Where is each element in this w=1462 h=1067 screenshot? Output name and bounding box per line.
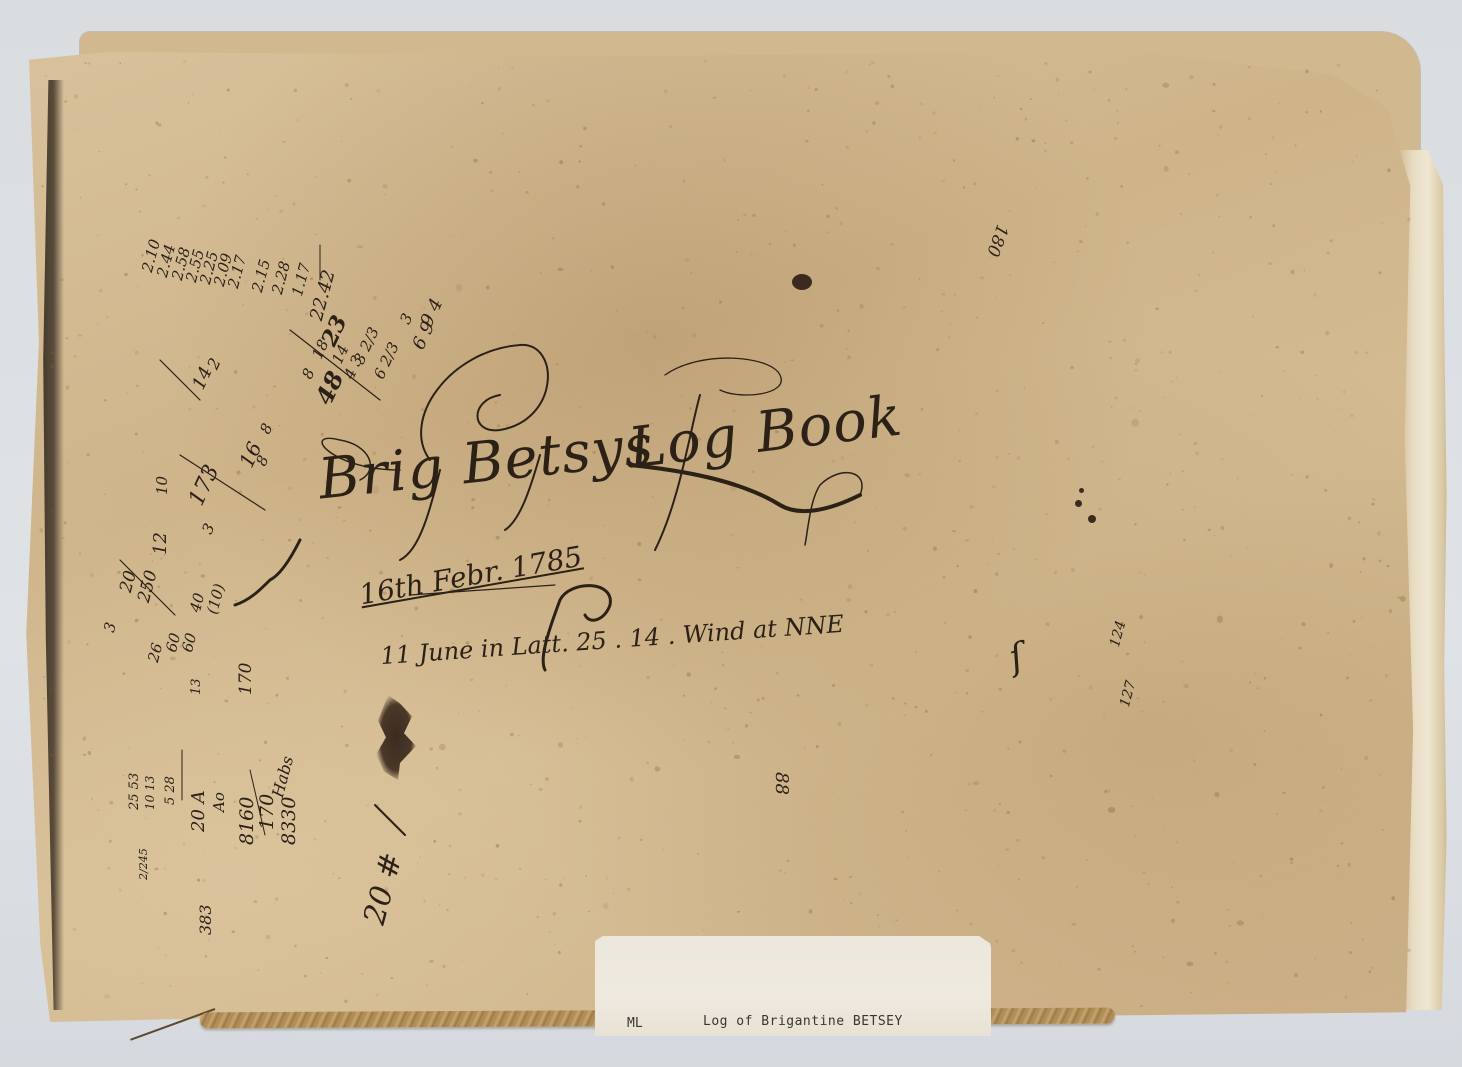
catalog-label: ML Log of Brigantine BETSEY bbox=[595, 936, 991, 1036]
margin-number: 170 bbox=[258, 794, 277, 830]
ink-dot bbox=[1088, 515, 1096, 523]
margin-number: 13 bbox=[190, 678, 203, 695]
margin-number: 170 bbox=[238, 663, 255, 695]
label-title: Log of Brigantine BETSEY bbox=[703, 1014, 903, 1029]
margin-number: 8330 bbox=[280, 797, 299, 845]
margin-number: 8160 bbox=[238, 797, 257, 845]
ink-dot bbox=[792, 274, 812, 290]
scan-stage: Brig Betsys Log Book 16th Febr. 1785 11 … bbox=[0, 0, 1462, 1067]
margin-number: Ao bbox=[212, 792, 227, 812]
margin-number: 10 bbox=[155, 476, 170, 495]
margin-number: 10 13 bbox=[144, 776, 156, 810]
margin-number: 88 bbox=[772, 772, 790, 795]
label-call-number: ML bbox=[627, 1016, 643, 1031]
margin-number: 5 28 bbox=[164, 776, 177, 805]
margin-number: 383 bbox=[198, 904, 214, 935]
ink-dot bbox=[1075, 500, 1082, 507]
margin-number: 25 53 bbox=[128, 773, 141, 810]
logbook-cover bbox=[22, 50, 1430, 1022]
margin-number: 20 A bbox=[190, 790, 208, 832]
margin-number: 2/245 bbox=[138, 848, 149, 880]
margin-number: 12 bbox=[152, 532, 170, 555]
ink-dot bbox=[1079, 488, 1084, 493]
